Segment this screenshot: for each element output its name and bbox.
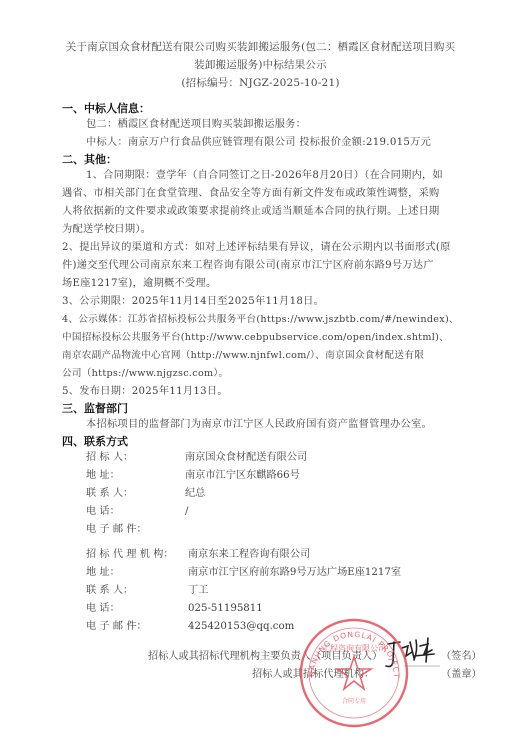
contact-value: 南京东来工程咨询有限公司 [188,549,310,560]
document-title-line-2: 装卸搬运服务)中标结果公示 [0,56,521,74]
contact-label: 招 标 人： [86,449,185,467]
contract-term-line-4: 为配送学校日期）。 [62,221,151,239]
agency-name-row: 招 标 代 理 机 构：南京东来工程咨询有限公司 [86,546,310,564]
contact-value: 南京市江宁区东麒路66号 [185,470,300,481]
supervision-text: 本招标项目的监督部门为南京市江宁区人民政府国有资产监督管理办公室。 [86,416,432,434]
company-seal-icon: NANJING DONGLAI PROJECT CONSULT CO LTD 工… [298,617,410,729]
contact-value: 南京市江宁区府前东路9号万达广场E座1217室 [188,567,401,578]
document-title-line-1: 关于南京国众食材配送有限公司购买装卸搬运服务(包二：栖霞区食材配送项目购买 [0,38,521,56]
contact-label: 联 系 人： [86,485,185,503]
package-name: 包二：栖霞区食材配送项目购买装卸搬运服务： [86,116,306,134]
contract-term-line-1: 1、合同期限：壹学年（自合同签订之日-2026年8月20日）（在合同期内，如 [86,167,443,185]
announcement-document: 关于南京国众食材配送有限公司购买装卸搬运服务(包二：栖霞区食材配送项目购买 装卸… [0,0,521,746]
section-heading-winner-info: 一、中标人信息： [62,100,150,116]
contact-value: 南京国众食材配送有限公司 [185,452,307,463]
tenderer-contact-row: 联 系 人：纪总 [86,485,205,503]
section-heading-contacts: 四、联系方式 [62,433,128,449]
contact-label: 电 子 邮 件： [86,618,188,636]
contact-label: 电 子 邮 件： [86,521,185,539]
contact-value: 425420153@qq.com [188,621,294,632]
release-date: 5、发布日期：2025年11月13日。 [62,383,228,401]
objection-line-1: 2、提出异议的渠道和方式：如对上述评标结果有异议，请在公示期内以书面形式(原 [62,239,451,257]
publicity-media-line-3: 南京农副产品物流中心官网（http://www.njnfwl.com/）、南京国… [62,347,424,365]
objection-line-3: 场E座1217室)，逾期概不受理。 [62,275,217,293]
agency-email-row: 电 子 邮 件：425420153@qq.com [86,618,294,636]
contact-label: 联 系 人： [86,582,188,600]
contact-value: 纪总 [185,488,205,499]
section-heading-supervision: 三、监督部门 [62,400,128,416]
tenderer-name-row: 招 标 人：南京国众食材配送有限公司 [86,449,307,467]
publicity-period: 3、公示期限：2025年11月14日至2025年11月18日。 [62,293,324,311]
publicity-media-line-2: 中国招标投标公共服务平台(http://www.cebpubservice.co… [62,329,449,347]
contract-term-line-2: 遇省、市相关部门在食堂管理、食品安全等方面有新文件发布或政策性调整，采购 [62,185,440,203]
svg-text:合同专用: 合同专用 [342,697,366,705]
tenderer-email-row: 电 子 邮 件： [86,521,185,539]
contact-value: 025-51195811 [188,603,263,614]
tender-number: (招标编号：NJGZ-2025-10-21) [0,74,521,92]
seal-suffix: （盖章） [441,665,482,680]
publicity-media-line-1: 4、公示媒体：江苏省招标投标公共服务平台(https://www.jszbtb.… [62,311,459,329]
contact-label: 地 址： [86,467,185,485]
publicity-media-line-4: 公司（https://www.njgzsc.com）。 [62,365,228,383]
agency-contact-row: 联 系 人：丁工 [86,582,208,600]
agency-address-row: 地 址：南京市江宁区府前东路9号万达广场E座1217室 [86,564,401,582]
svg-text:工程咨询有限公司: 工程咨询有限公司 [322,643,386,653]
tenderer-address-row: 地 址：南京市江宁区东麒路66号 [86,467,300,485]
section-heading-other: 二、其他： [62,151,117,167]
tenderer-phone-row: 电 话：/ [86,503,188,521]
contact-label: 电 话： [86,600,188,618]
objection-line-2: 件)递交至代理公司南京东来工程咨询有限公司(南京市江宁区府前东路9号万达广 [62,257,434,275]
winner-and-bid: 中标人：南京万户行食品供应链管理有限公司 投标报价金额:219.015万元 [86,134,431,152]
contact-label: 地 址： [86,564,188,582]
agency-phone-row: 电 话：025-51195811 [86,600,263,618]
contact-label: 招 标 代 理 机 构： [86,546,188,564]
signature-suffix: （签名） [441,647,482,662]
contact-value: / [185,506,188,517]
contact-label: 电 话： [86,503,185,521]
contact-value: 丁工 [188,585,208,596]
contract-term-line-3: 人将依据新的文件要求或政策要求提前终止或适当顺延本合同的执行期。上述日期 [62,203,440,221]
